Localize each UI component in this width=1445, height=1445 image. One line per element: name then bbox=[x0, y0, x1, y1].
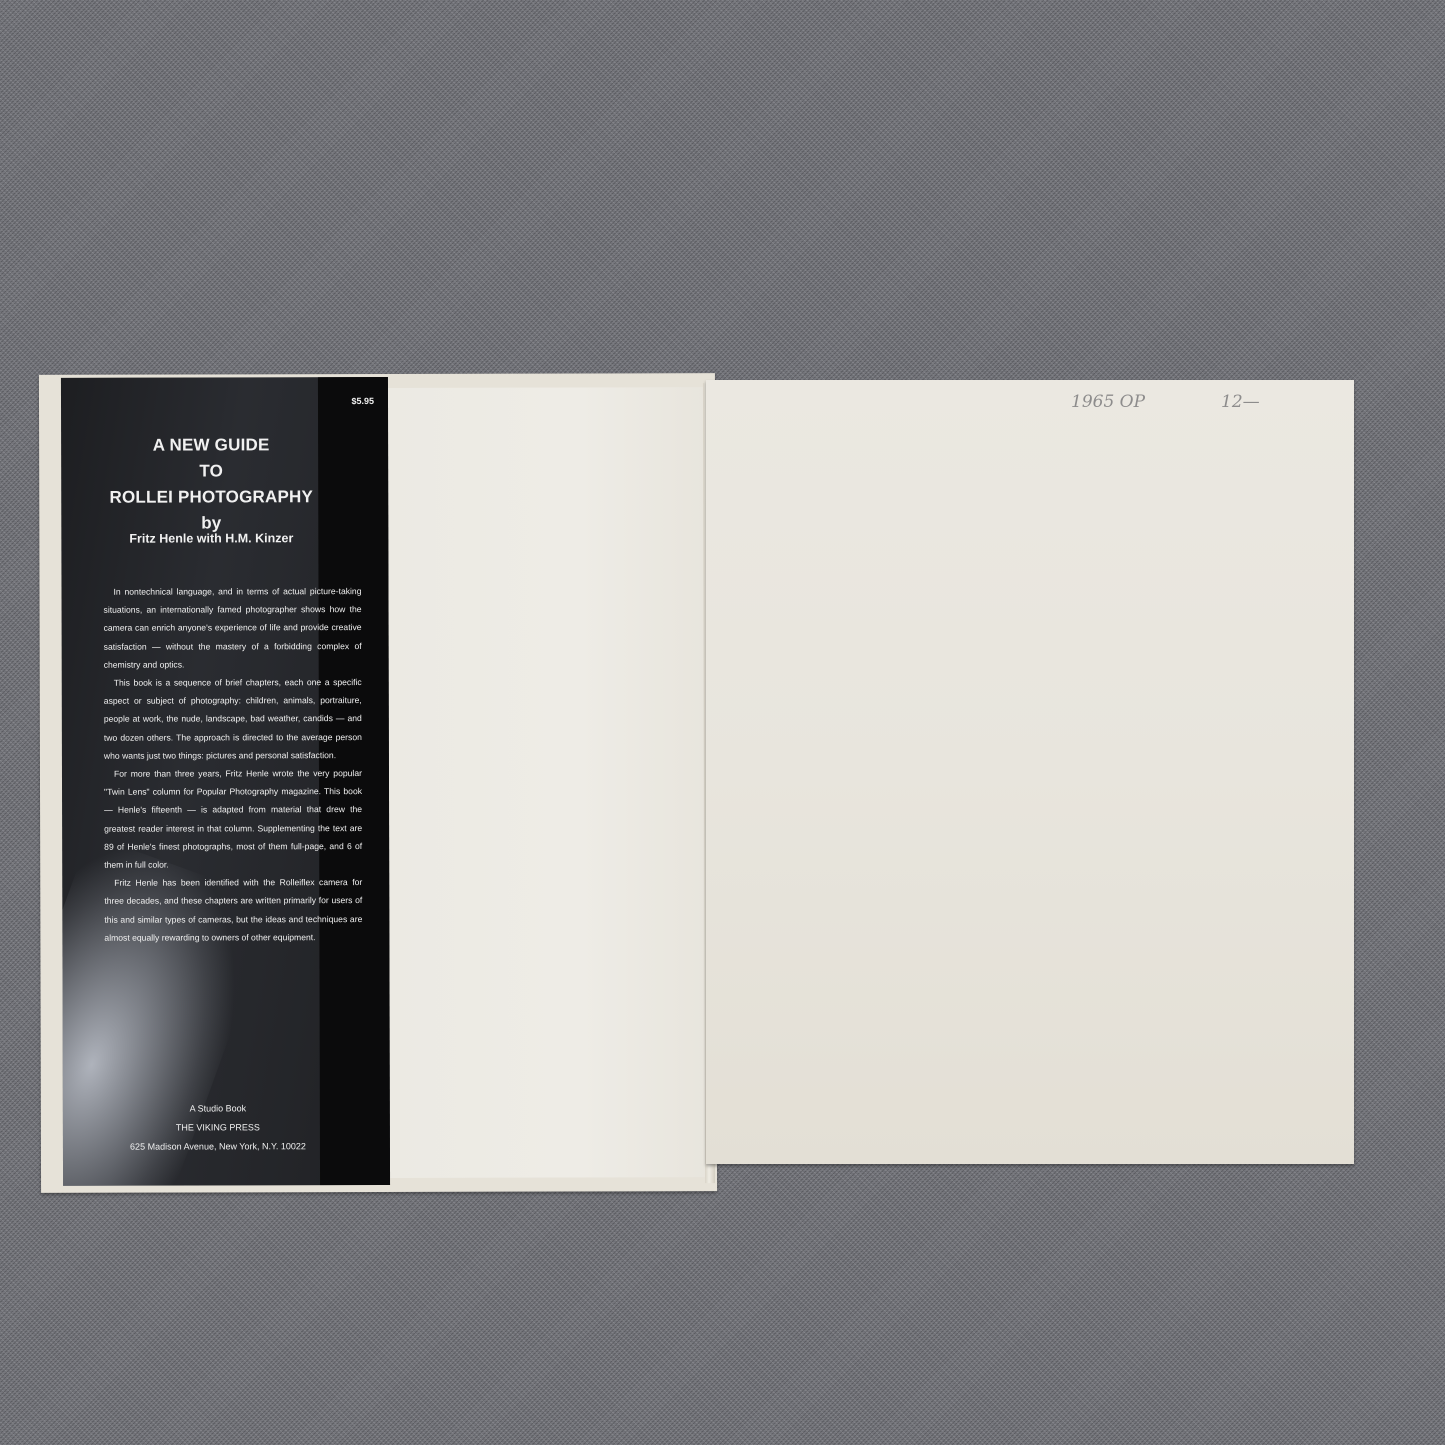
blurb-paragraph: Fritz Henle has been identified with the… bbox=[104, 873, 362, 946]
price-label: $5.95 bbox=[351, 396, 374, 406]
publisher-address: 625 Madison Avenue, New York, N.Y. 10022 bbox=[63, 1137, 373, 1157]
imprint: A Studio Book bbox=[63, 1099, 373, 1119]
free-endpaper: 1965 OP 12— bbox=[706, 380, 1354, 1164]
pencil-note-price: 12— bbox=[1221, 392, 1260, 412]
flap-blurb: In nontechnical language, and in terms o… bbox=[103, 582, 362, 947]
pencil-note-date: 1965 OP bbox=[1071, 392, 1145, 412]
book-author: Fritz Henle with H.M. Kinzer bbox=[61, 531, 361, 546]
blurb-paragraph: For more than three years, Fritz Henle w… bbox=[104, 764, 362, 874]
photo-scene: $5.95 A NEW GUIDE TO ROLLEI PHOTOGRAPHY … bbox=[0, 0, 1445, 1445]
left-cover-board: $5.95 A NEW GUIDE TO ROLLEI PHOTOGRAPHY … bbox=[39, 373, 717, 1193]
blurb-paragraph: This book is a sequence of brief chapter… bbox=[104, 673, 362, 765]
dust-jacket-flap: $5.95 A NEW GUIDE TO ROLLEI PHOTOGRAPHY … bbox=[61, 377, 390, 1186]
book-title: A NEW GUIDE TO ROLLEI PHOTOGRAPHY by bbox=[61, 432, 361, 537]
blurb-paragraph: In nontechnical language, and in terms o… bbox=[103, 582, 361, 674]
front-endpaper bbox=[384, 387, 708, 1178]
publisher-name: THE VIKING PRESS bbox=[63, 1118, 373, 1138]
publisher-block: A Studio Book THE VIKING PRESS 625 Madis… bbox=[63, 1099, 373, 1157]
